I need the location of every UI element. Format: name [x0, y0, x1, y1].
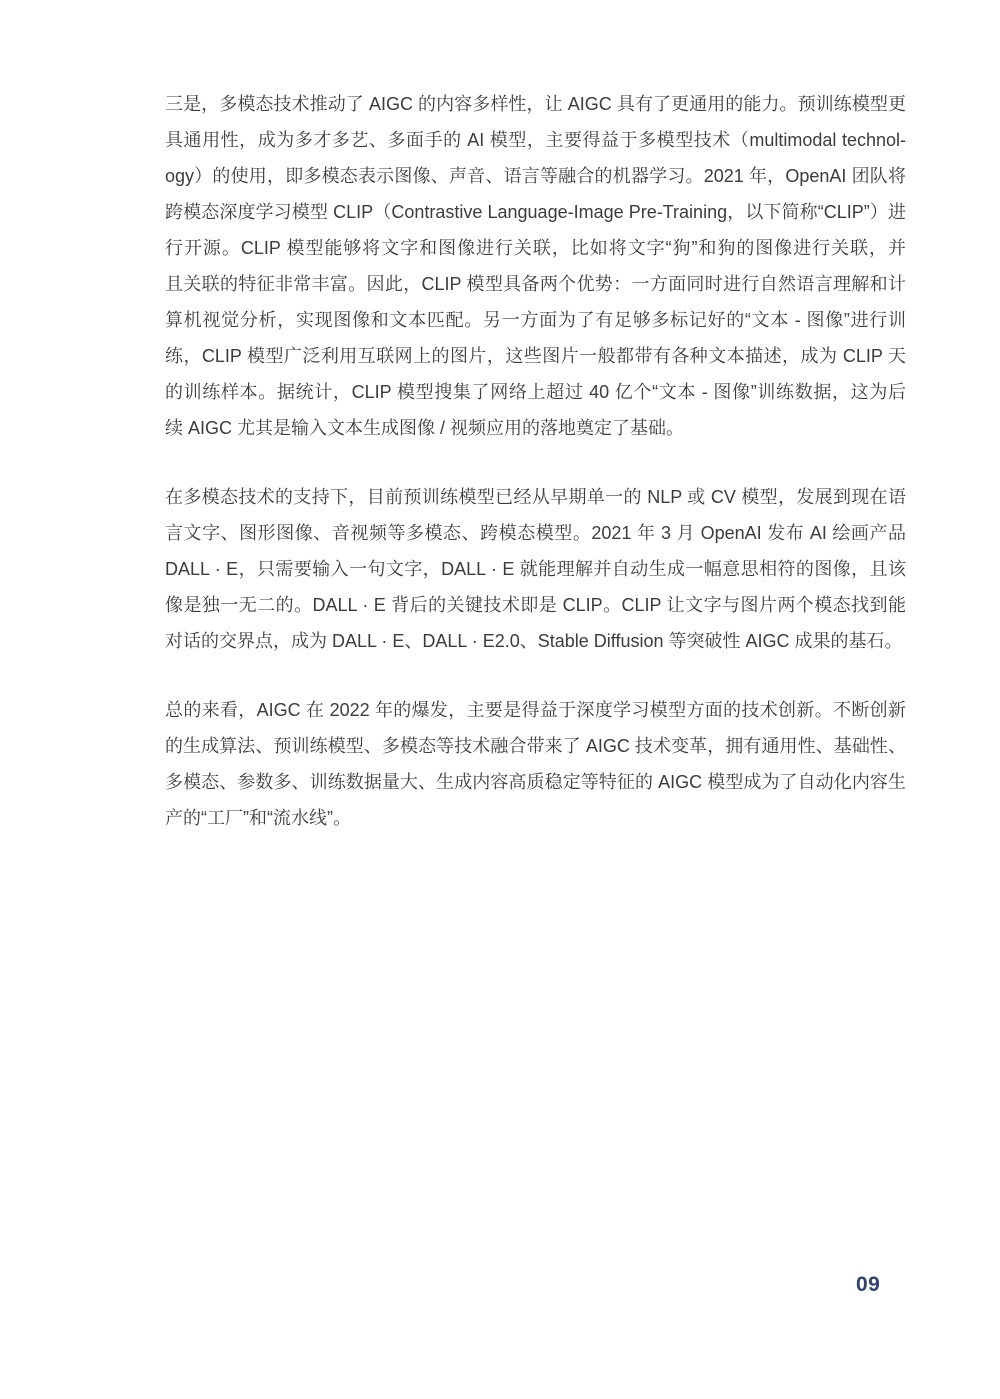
text-line: ogy）的使用，即多模态表示图像、声音、语言等融合的机器学习。2021 年，Op… — [165, 158, 906, 194]
text-line: 算机视觉分析，实现图像和文本匹配。另一方面为了有足够多标记好的“文本 - 图像”… — [165, 302, 906, 338]
paragraph: 总的来看，AIGC 在 2022 年的爆发，主要是得益于深度学习模型方面的技术创… — [165, 692, 906, 836]
text-line: 的训练样本。据统计，CLIP 模型搜集了网络上超过 40 亿个“文本 - 图像”… — [165, 374, 906, 410]
text-line: 产的“工厂”和“流水线”。 — [165, 800, 906, 836]
text-line: 在多模态技术的支持下，目前预训练模型已经从早期单一的 NLP 或 CV 模型，发… — [165, 479, 906, 515]
paragraph: 在多模态技术的支持下，目前预训练模型已经从早期单一的 NLP 或 CV 模型，发… — [165, 479, 906, 659]
text-line: 三是，多模态技术推动了 AIGC 的内容多样性，让 AIGC 具有了更通用的能力… — [165, 86, 906, 122]
page-number: 09 — [856, 1274, 880, 1296]
text-line: 对话的交界点，成为 DALL · E、DALL · E2.0、Stable Di… — [165, 623, 906, 659]
text-line: 多模态、参数多、训练数据量大、生成内容高质稳定等特征的 AIGC 模型成为了自动… — [165, 764, 906, 800]
text-line: DALL · E，只需要输入一句文字，DALL · E 就能理解并自动生成一幅意… — [165, 551, 906, 587]
document-body: 三是，多模态技术推动了 AIGC 的内容多样性，让 AIGC 具有了更通用的能力… — [165, 86, 906, 869]
document-page: 三是，多模态技术推动了 AIGC 的内容多样性，让 AIGC 具有了更通用的能力… — [0, 0, 1000, 1399]
text-line: 且关联的特征非常丰富。因此，CLIP 模型具备两个优势：一方面同时进行自然语言理… — [165, 266, 906, 302]
text-line: 总的来看，AIGC 在 2022 年的爆发，主要是得益于深度学习模型方面的技术创… — [165, 692, 906, 728]
text-line: 具通用性，成为多才多艺、多面手的 AI 模型，主要得益于多模型技术（multim… — [165, 122, 906, 158]
text-line: 跨模态深度学习模型 CLIP（Contrastive Language-Imag… — [165, 194, 906, 230]
text-line: 行开源。CLIP 模型能够将文字和图像进行关联，比如将文字“狗”和狗的图像进行关… — [165, 230, 906, 266]
text-line: 像是独一无二的。DALL · E 背后的关键技术即是 CLIP。CLIP 让文字… — [165, 587, 906, 623]
text-line: 的生成算法、预训练模型、多模态等技术融合带来了 AIGC 技术变革，拥有通用性、… — [165, 728, 906, 764]
paragraph: 三是，多模态技术推动了 AIGC 的内容多样性，让 AIGC 具有了更通用的能力… — [165, 86, 906, 446]
text-line: 练，CLIP 模型广泛利用互联网上的图片，这些图片一般都带有各种文本描述，成为 … — [165, 338, 906, 374]
text-line: 续 AIGC 尤其是输入文本生成图像 / 视频应用的落地奠定了基础。 — [165, 410, 906, 446]
text-line: 言文字、图形图像、音视频等多模态、跨模态模型。2021 年 3 月 OpenAI… — [165, 515, 906, 551]
